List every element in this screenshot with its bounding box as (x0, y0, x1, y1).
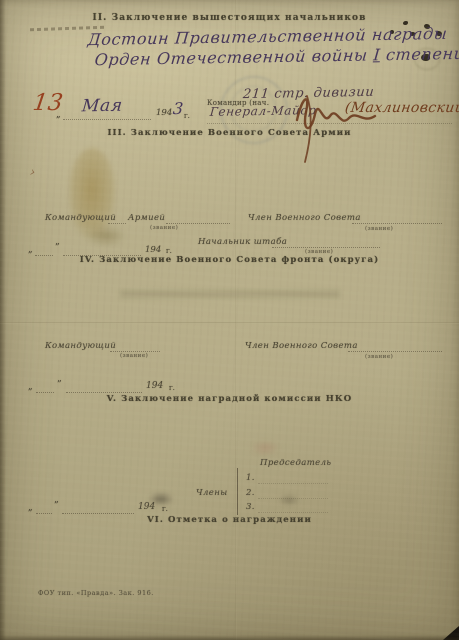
members-item-1: 1. (246, 473, 255, 483)
printed-year-194: 194 (146, 381, 163, 391)
open-quote-mark: „ (28, 503, 33, 513)
dotted-line (36, 391, 54, 393)
printed-year-suffix: г. (184, 112, 190, 120)
bleed-through-mark (120, 290, 340, 298)
dotted-line (258, 511, 328, 513)
section6-heading: VI. Отметка о награждении (0, 515, 459, 525)
pen-check-mark: › (29, 165, 37, 181)
dotted-line (63, 118, 151, 120)
handwritten-year-digit: 3 (172, 99, 184, 118)
section3-heading: III. Заключение Военного Совета Армии (0, 128, 459, 138)
printed-year-194: 194 (156, 108, 172, 118)
dotted-line (110, 350, 160, 352)
council-member-label: Член Военного Совета (245, 341, 358, 351)
dotted-line (108, 222, 126, 224)
commander-label: Командующий (45, 341, 116, 351)
dotted-line (258, 482, 328, 484)
section5-heading: V. Заключение наградной комиссии НКО (0, 394, 459, 404)
open-quote-mark: „ (28, 245, 33, 255)
left-edge-shadow (0, 0, 6, 640)
army-label: Армией (128, 213, 165, 223)
open-quote-mark: „ (28, 382, 33, 392)
handwritten-month: Мая (81, 96, 123, 117)
members-label: Члены (196, 488, 228, 498)
close-quote-mark: ” (55, 243, 60, 253)
paper-stain-small (86, 225, 126, 247)
printed-year-suffix: г. (169, 384, 175, 392)
rank-note: (звание) (120, 353, 148, 359)
dotted-line (36, 512, 52, 514)
printer-imprint: ФОУ тип. «Правда». Зак. 916. (38, 589, 154, 597)
dotted-line (66, 391, 142, 393)
members-item-3: 3. (246, 502, 255, 512)
close-quote-mark: ” (57, 380, 62, 390)
faint-stain (250, 440, 280, 456)
handwritten-surname: (Махлиновский) (344, 100, 459, 116)
dotted-line (166, 222, 230, 224)
rank-note: (звание) (150, 225, 178, 231)
printed-year-194: 194 (138, 502, 155, 512)
members-bracket-line (237, 468, 238, 515)
dotted-line (258, 497, 328, 499)
members-item-2: 2. (246, 488, 255, 498)
commander-signature (283, 86, 378, 166)
section4-heading: IV. Заключение Военного Совета фронта (о… (0, 255, 459, 265)
dotted-line (272, 246, 380, 248)
dotted-line (352, 222, 442, 224)
commander-label: Командующий (45, 213, 116, 223)
rank-note: (звание) (365, 226, 393, 232)
horizontal-fold-crease (0, 322, 459, 324)
rank-note: (звание) (365, 354, 393, 360)
printed-year-194: 194 (145, 245, 161, 255)
scanned-award-document: › II. Заключение вышестоящих начальников… (0, 0, 459, 640)
ink-smudge (278, 494, 300, 506)
bottom-edge-shadow (0, 635, 459, 640)
dotted-line (348, 350, 442, 352)
section2-heading: II. Заключение вышестоящих начальников (0, 13, 459, 23)
printed-year-suffix: г. (162, 505, 168, 513)
close-quote-mark: ” (54, 501, 59, 511)
printed-year-suffix: г. (166, 247, 172, 255)
council-member-label: Член Военного Совета (248, 213, 361, 223)
open-quote-mark: „ (56, 110, 61, 120)
dotted-line (62, 512, 134, 514)
chairman-label: Председатель (260, 458, 331, 468)
